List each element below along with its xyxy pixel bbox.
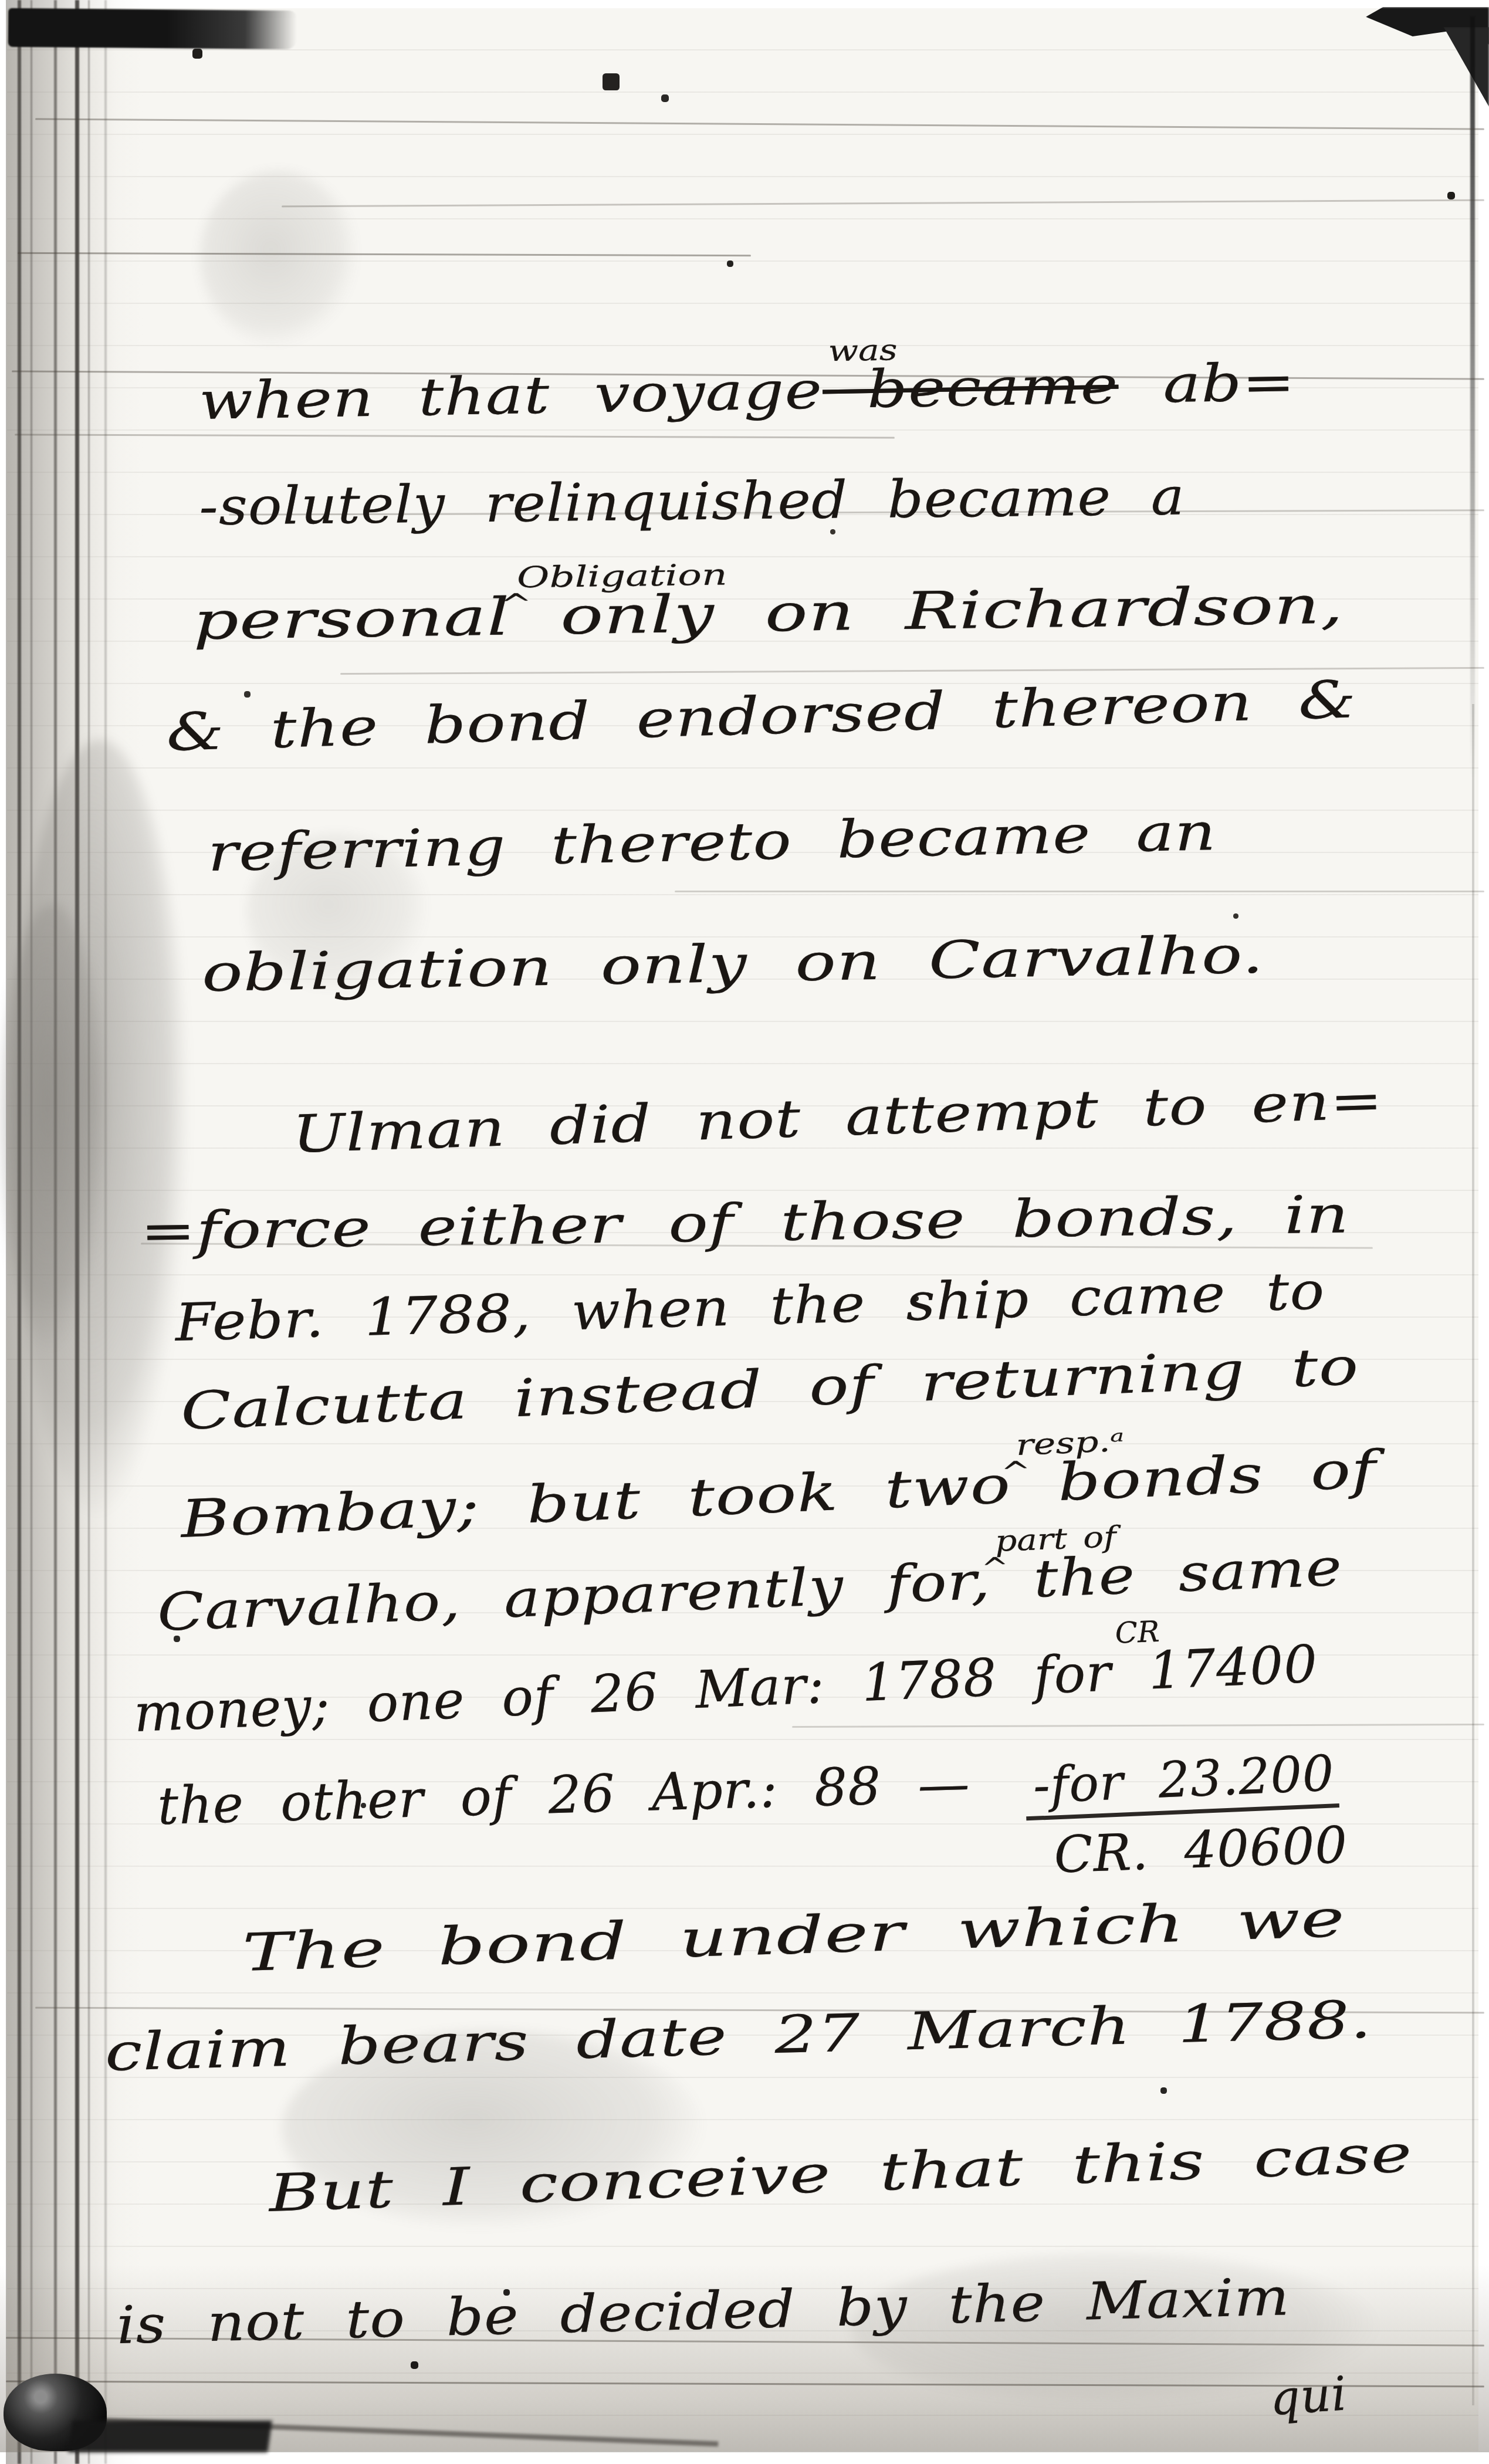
manuscript-line: is not to be decided by the Maxim — [116, 2271, 1291, 2351]
manuscript-text: Ulman did not attempt to en= — [292, 1070, 1384, 1165]
manuscript-line: Febr. 1788, when the ship came to — [175, 1265, 1326, 1349]
manuscript-text: But I conceive that this case — [268, 2123, 1414, 2223]
manuscript-text: obligation only on Carvalho. — [201, 924, 1264, 1003]
manuscript-line: qui — [1268, 2370, 1348, 2422]
manuscript-text: only on Richardson,Obligation — [510, 575, 1344, 647]
manuscript-line: & the bond endorsed thereon & — [166, 673, 1358, 759]
manuscript-line: =force either of those bonds, in — [140, 1189, 1350, 1257]
manuscript-line: The bond under which we — [242, 1893, 1346, 1979]
manuscript-text: money; one of 26 Mar: 1788 for — [133, 1642, 1113, 1744]
manuscript-text: ab= — [1118, 351, 1296, 415]
manuscript-line: Calcutta instead of returning to — [180, 1341, 1360, 1437]
manuscript-text: Febr. 1788, when the ship came to — [174, 1260, 1325, 1353]
manuscript-text: the other of 26 Apr.: 88 — — [157, 1753, 971, 1836]
manuscript-line: CR. 40600 — [1053, 1820, 1348, 1880]
manuscript-text: Calcutta instead of returning to — [180, 1336, 1360, 1441]
manuscript-line: Bombay; but took two bonds ofresp.ᵃ — [180, 1444, 1378, 1545]
interlinear-insertion: CR — [1115, 1617, 1160, 1647]
manuscript-text: bonds ofresp.ᵃ — [1010, 1439, 1378, 1515]
manuscript-text: -solutely relinquished became a — [199, 466, 1185, 537]
manuscript-line: personal only on Richardson,Obligation — [193, 580, 1344, 647]
manuscript-text: when that voyage — [198, 360, 823, 431]
manuscript-text: Bombay; but took two — [180, 1454, 1012, 1549]
manuscript-text: claim bears date 27 March 1788. — [104, 1989, 1372, 2083]
manuscript-line: referring thereto became an — [207, 806, 1217, 879]
manuscript-text: & the bond endorsed thereon & — [165, 669, 1357, 763]
manuscript-text: -for — [1032, 1753, 1125, 1814]
manuscript-text: the samepart of — [989, 1536, 1344, 1610]
struck-word: becamewas — [822, 355, 1119, 421]
manuscript-scan: when that voyage becamewas ab=-solutely … — [0, 0, 1489, 2464]
manuscript-text: is not to be decided by the Maxim — [116, 2266, 1291, 2355]
manuscript-text: CR. 40600 — [1053, 1816, 1349, 1884]
manuscript-line: Ulman did not attempt to en= — [292, 1075, 1384, 1160]
manuscript-line: But I conceive that this case — [268, 2128, 1413, 2219]
manuscript-text: referring thereto became an — [207, 801, 1217, 883]
manuscript-line: Carvalho, apparently for, the samepart o… — [157, 1541, 1344, 1639]
manuscript-text: Carvalho, apparently for, — [156, 1551, 991, 1643]
manuscript-line: obligation only on Carvalho. — [201, 929, 1264, 999]
manuscript-line: the other of 26 Apr.: 88 — — [157, 1758, 971, 1832]
text-layer: when that voyage becamewas ab=-solutely … — [0, 0, 1489, 2464]
manuscript-text: 23.200 — [1122, 1744, 1335, 1810]
manuscript-text: 17400CR — [1110, 1634, 1319, 1703]
manuscript-line: when that voyage becamewas ab= — [198, 356, 1296, 427]
interlinear-insertion: part of — [994, 1522, 1116, 1556]
manuscript-line: -for 23.200 — [1024, 1748, 1339, 1820]
manuscript-line: money; one of 26 Mar: 1788 for 17400CR — [133, 1639, 1318, 1739]
manuscript-text: personal — [193, 586, 511, 651]
interlinear-insertion: Obligation — [517, 560, 727, 592]
manuscript-text: =force either of those bonds, in — [140, 1184, 1350, 1261]
manuscript-line: claim bears date 27 March 1788. — [104, 1993, 1373, 2079]
interlinear-insertion: was — [828, 336, 898, 365]
interlinear-insertion: resp.ᵃ — [1015, 1426, 1125, 1460]
manuscript-line: -solutely relinquished became a — [199, 471, 1185, 533]
manuscript-text: The bond under which we — [242, 1888, 1346, 1983]
bottom-left-clamp-shadow — [68, 2421, 272, 2452]
manuscript-text: qui — [1268, 2366, 1348, 2426]
